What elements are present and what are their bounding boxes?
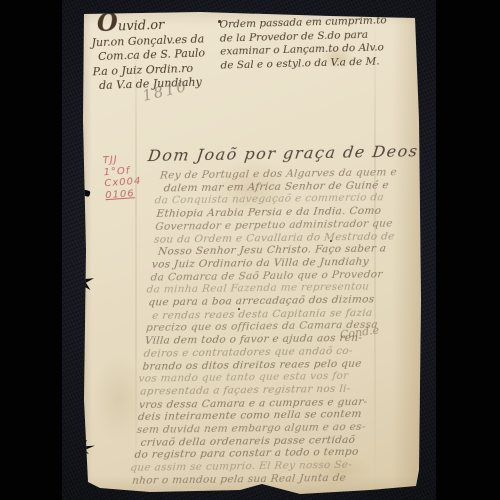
manuscript-opening-line: Dom Joaõ por graça de Deos	[147, 142, 405, 166]
photo-of-manuscript: Ouvid.orJur.on Gonçalv.es daCom.ca de S.…	[0, 0, 500, 500]
archival-code-red: TJJ1°OfCx0040106	[102, 153, 142, 201]
manuscript-page: Ouvid.orJur.on Gonçalv.es daCom.ca de S.…	[78, 8, 426, 498]
header-annotation-left: Ouvid.orJur.on Gonçalv.es daCom.ca de S.…	[91, 12, 228, 94]
header-annotation-right: Ordem passada em cumprim.tode la Provedo…	[219, 13, 424, 72]
